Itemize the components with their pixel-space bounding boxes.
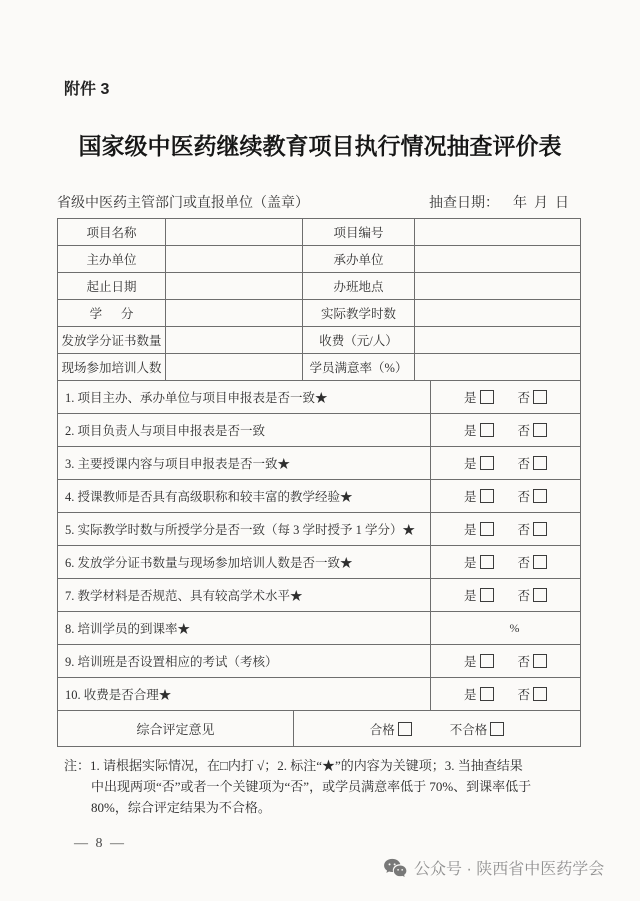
info-value-cell <box>166 300 303 327</box>
yes-label: 是 <box>464 391 477 405</box>
yes-checkbox <box>480 423 494 437</box>
summary-result-cell: 合格 不合格 <box>294 711 581 747</box>
info-label: 起止日期 <box>58 273 166 300</box>
summary-label: 综合评定意见 <box>58 711 294 747</box>
no-option: 否 <box>518 388 548 406</box>
no-checkbox <box>533 456 547 470</box>
info-label: 承办单位 <box>303 246 415 273</box>
yes-checkbox <box>480 489 494 503</box>
info-value-cell <box>415 246 581 273</box>
question-row: 2. 项目负责人与项目申报表是否一致 是 否 <box>58 414 581 447</box>
no-label: 否 <box>518 490 531 504</box>
no-label: 否 <box>518 457 531 471</box>
pass-label: 合格 <box>370 723 395 737</box>
no-label: 否 <box>518 391 531 405</box>
fail-label: 不合格 <box>450 723 488 737</box>
question-text: 5. 实际教学时数与所授学分是否一致（每 3 学时授予 1 学分）★ <box>58 513 431 546</box>
footnote: 注：1. 请根据实际情况，在□内打 √；2. 标注“★”的内容为关键项；3. 当… <box>64 755 584 818</box>
no-checkbox <box>533 555 547 569</box>
inspection-date-label: 抽查日期： 年 月 日 <box>429 192 569 212</box>
summary-row: 综合评定意见 合格 不合格 <box>58 711 581 747</box>
info-value-cell <box>166 273 303 300</box>
evaluation-table: 项目名称 项目编号 主办单位 承办单位 起止日期 办班地点 学 分 <box>57 218 580 747</box>
question-row: 9. 培训班是否设置相应的考试（考核） 是 否 <box>58 645 581 678</box>
meta-line: 省级中医药主管部门或直报单位（盖章） 抽查日期： 年 月 日 <box>57 192 569 212</box>
scanned-form-page: 附件 3 国家级中医药继续教育项目执行情况抽查评价表 省级中医药主管部门或直报单… <box>0 0 640 901</box>
info-value-cell <box>166 354 303 381</box>
question-text: 8. 培训学员的到课率★ <box>58 612 431 645</box>
info-label: 收费（元/人） <box>303 327 415 354</box>
answer-cell: 是 否 <box>431 678 581 711</box>
yes-label: 是 <box>464 589 477 603</box>
yes-checkbox <box>480 522 494 536</box>
no-option: 否 <box>518 487 548 505</box>
info-value-cell <box>166 327 303 354</box>
answer-cell: 是 否 <box>431 414 581 447</box>
no-checkbox <box>533 423 547 437</box>
answer-cell: 是 否 <box>431 480 581 513</box>
question-row: 1. 项目主办、承办单位与项目申报表是否一致★ 是 否 <box>58 381 581 414</box>
answer-cell: 是 否 <box>431 579 581 612</box>
form-title: 国家级中医药继续教育项目执行情况抽查评价表 <box>0 128 640 161</box>
info-value-cell <box>166 246 303 273</box>
checklist-table: 1. 项目主办、承办单位与项目申报表是否一致★ 是 否 2. 项目负责人与项目申… <box>57 380 581 711</box>
info-label: 项目名称 <box>58 219 166 246</box>
no-checkbox <box>533 687 547 701</box>
question-text: 4. 授课教师是否具有高级职称和较丰富的教学经验★ <box>58 480 431 513</box>
page-number: — 8 — <box>74 836 126 852</box>
yes-checkbox <box>480 588 494 602</box>
table-row: 发放学分证书数量 收费（元/人） <box>58 327 581 354</box>
info-label: 学 分 <box>58 300 166 327</box>
no-checkbox <box>533 390 547 404</box>
question-row: 6. 发放学分证书数量与现场参加培训人数是否一致★ 是 否 <box>58 546 581 579</box>
no-checkbox <box>533 489 547 503</box>
yes-option: 是 <box>464 421 494 439</box>
question-row: 4. 授课教师是否具有高级职称和较丰富的教学经验★ 是 否 <box>58 480 581 513</box>
no-option: 否 <box>518 652 548 670</box>
no-label: 否 <box>518 688 531 702</box>
no-option: 否 <box>518 586 548 604</box>
footnote-line: 80%，综合评定结果为不合格。 <box>64 797 584 818</box>
yes-option: 是 <box>464 520 494 538</box>
yes-label: 是 <box>464 655 477 669</box>
yes-checkbox <box>480 456 494 470</box>
answer-cell: 是 否 <box>431 513 581 546</box>
project-info-table: 项目名称 项目编号 主办单位 承办单位 起止日期 办班地点 学 分 <box>57 218 581 381</box>
yes-option: 是 <box>464 685 494 703</box>
info-label: 主办单位 <box>58 246 166 273</box>
no-option: 否 <box>518 454 548 472</box>
question-text: 3. 主要授课内容与项目申报表是否一致★ <box>58 447 431 480</box>
pass-checkbox <box>398 722 412 736</box>
no-label: 否 <box>518 556 531 570</box>
question-row: 3. 主要授课内容与项目申报表是否一致★ 是 否 <box>58 447 581 480</box>
attachment-label: 附件 3 <box>64 76 109 99</box>
footer-text: 公众号 · 陕西省中医药学会 <box>414 856 604 879</box>
yes-option: 是 <box>464 487 494 505</box>
yes-label: 是 <box>464 523 477 537</box>
table-row: 现场参加培训人数 学员满意率（%） <box>58 354 581 381</box>
question-row: 8. 培训学员的到课率★ % <box>58 612 581 645</box>
wechat-icon <box>383 858 407 878</box>
no-label: 否 <box>518 589 531 603</box>
question-row: 7. 教学材料是否规范、具有较高学术水平★ 是 否 <box>58 579 581 612</box>
question-row: 5. 实际教学时数与所授学分是否一致（每 3 学时授予 1 学分）★ 是 否 <box>58 513 581 546</box>
info-value-cell <box>415 219 581 246</box>
answer-cell: 是 否 <box>431 546 581 579</box>
yes-option: 是 <box>464 454 494 472</box>
info-value-cell <box>415 300 581 327</box>
info-label: 现场参加培训人数 <box>58 354 166 381</box>
yes-checkbox <box>480 390 494 404</box>
question-row: 10. 收费是否合理★ 是 否 <box>58 678 581 711</box>
answer-cell: 是 否 <box>431 381 581 414</box>
yes-checkbox <box>480 654 494 668</box>
yes-label: 是 <box>464 457 477 471</box>
table-row: 项目名称 项目编号 <box>58 219 581 246</box>
info-label: 发放学分证书数量 <box>58 327 166 354</box>
yes-option: 是 <box>464 652 494 670</box>
wechat-footer: 公众号 · 陕西省中医药学会 <box>383 856 604 879</box>
fail-option: 不合格 <box>450 720 505 738</box>
no-checkbox <box>533 522 547 536</box>
yes-label: 是 <box>464 556 477 570</box>
yes-option: 是 <box>464 388 494 406</box>
question-text: 7. 教学材料是否规范、具有较高学术水平★ <box>58 579 431 612</box>
answer-cell: 是 否 <box>431 645 581 678</box>
no-option: 否 <box>518 685 548 703</box>
yes-option: 是 <box>464 586 494 604</box>
pass-option: 合格 <box>370 720 412 738</box>
attendance-rate-cell: % <box>431 612 581 645</box>
info-value-cell <box>166 219 303 246</box>
yes-checkbox <box>480 687 494 701</box>
yes-label: 是 <box>464 490 477 504</box>
footnote-line: 注：1. 请根据实际情况，在□内打 √；2. 标注“★”的内容为关键项；3. 当… <box>64 755 584 776</box>
table-row: 学 分 实际教学时数 <box>58 300 581 327</box>
info-value-cell <box>415 273 581 300</box>
yes-checkbox <box>480 555 494 569</box>
answer-cell: 是 否 <box>431 447 581 480</box>
info-value-cell <box>415 354 581 381</box>
yes-label: 是 <box>464 688 477 702</box>
question-text: 10. 收费是否合理★ <box>58 678 431 711</box>
yes-option: 是 <box>464 553 494 571</box>
info-label: 办班地点 <box>303 273 415 300</box>
no-option: 否 <box>518 520 548 538</box>
no-label: 否 <box>518 655 531 669</box>
no-checkbox <box>533 654 547 668</box>
no-option: 否 <box>518 553 548 571</box>
question-text: 9. 培训班是否设置相应的考试（考核） <box>58 645 431 678</box>
yes-label: 是 <box>464 424 477 438</box>
no-label: 否 <box>518 523 531 537</box>
table-row: 主办单位 承办单位 <box>58 246 581 273</box>
info-label: 项目编号 <box>303 219 415 246</box>
info-label: 实际教学时数 <box>303 300 415 327</box>
fail-checkbox <box>490 722 504 736</box>
no-checkbox <box>533 588 547 602</box>
info-label: 学员满意率（%） <box>303 354 415 381</box>
no-option: 否 <box>518 421 548 439</box>
no-label: 否 <box>518 424 531 438</box>
question-text: 1. 项目主办、承办单位与项目申报表是否一致★ <box>58 381 431 414</box>
summary-table: 综合评定意见 合格 不合格 <box>57 710 581 747</box>
table-row: 起止日期 办班地点 <box>58 273 581 300</box>
info-value-cell <box>415 327 581 354</box>
question-text: 6. 发放学分证书数量与现场参加培训人数是否一致★ <box>58 546 431 579</box>
footnote-line: 中出现两项“否”或者一个关键项为“否”，或学员满意率低于 70%、到课率低于 <box>64 776 584 797</box>
question-text: 2. 项目负责人与项目申报表是否一致 <box>58 414 431 447</box>
issuing-org-label: 省级中医药主管部门或直报单位（盖章） <box>57 192 309 212</box>
